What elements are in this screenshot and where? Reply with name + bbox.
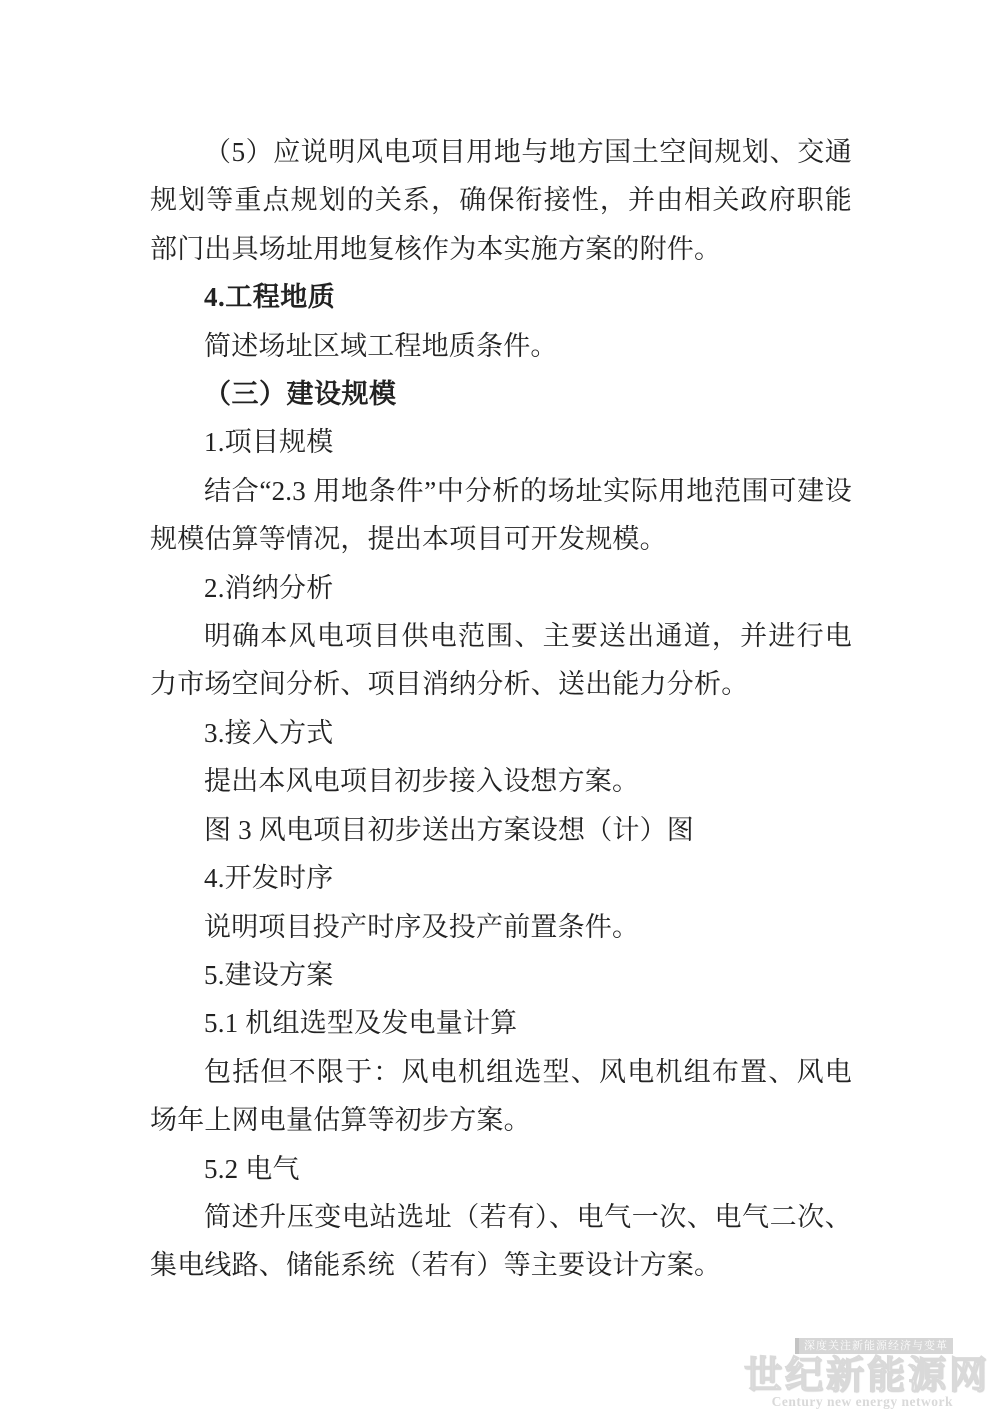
paragraph: 明确本风电项目供电范围、主要送出通道，并进行电力市场空间分析、项目消纳分析、送出… bbox=[150, 612, 852, 709]
document-page: （5）应说明风电项目用地与地方国土空间规划、交通规划等重点规划的关系，确保衔接性… bbox=[0, 0, 1000, 1414]
watermark: 深度关注新能源经济与变革 世纪新能源网 Century new energy n… bbox=[740, 1338, 990, 1410]
section-heading: （三）建设规模 bbox=[150, 370, 852, 418]
watermark-subtitle: Century new energy network bbox=[772, 1394, 953, 1410]
paragraph: 简述场址区域工程地质条件。 bbox=[150, 322, 852, 370]
paragraph: 包括但不限于：风电机组选型、风电机组布置、风电场年上网电量估算等初步方案。 bbox=[150, 1048, 852, 1145]
paragraph: 1.项目规模 bbox=[150, 418, 852, 466]
document-body: （5）应说明风电项目用地与地方国土空间规划、交通规划等重点规划的关系，确保衔接性… bbox=[150, 128, 852, 1290]
paragraph: 4.开发时序 bbox=[150, 854, 852, 902]
watermark-title: 世纪新能源网 bbox=[744, 1354, 990, 1398]
paragraph: 5.建设方案 bbox=[150, 951, 852, 999]
paragraph: 说明项目投产时序及投产前置条件。 bbox=[150, 903, 852, 951]
watermark-slogan: 深度关注新能源经济与变革 bbox=[795, 1338, 953, 1354]
paragraph: 5.1 机组选型及发电量计算 bbox=[150, 999, 852, 1047]
paragraph: 提出本风电项目初步接入设想方案。 bbox=[150, 757, 852, 805]
section-heading: 4.工程地质 bbox=[150, 273, 852, 321]
paragraph: 3.接入方式 bbox=[150, 709, 852, 757]
paragraph: 2.消纳分析 bbox=[150, 564, 852, 612]
paragraph: 5.2 电气 bbox=[150, 1145, 852, 1193]
paragraph: 简述升压变电站选址（若有）、电气一次、电气二次、集电线路、储能系统（若有）等主要… bbox=[150, 1193, 852, 1290]
paragraph: （5）应说明风电项目用地与地方国土空间规划、交通规划等重点规划的关系，确保衔接性… bbox=[150, 128, 852, 273]
paragraph: 图 3 风电项目初步送出方案设想（计）图 bbox=[150, 806, 852, 854]
paragraph: 结合“2.3 用地条件”中分析的场址实际用地范围可建设规模估算等情况，提出本项目… bbox=[150, 467, 852, 564]
